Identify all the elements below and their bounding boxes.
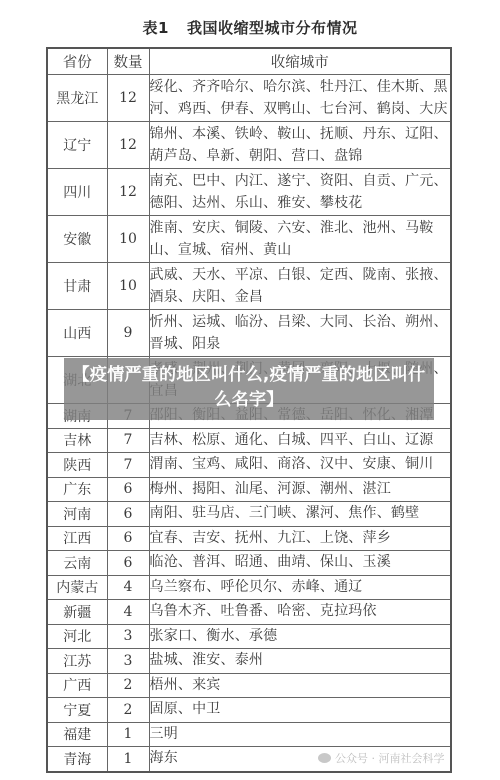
- count-cell: 12: [107, 122, 149, 169]
- caption-number: 表1: [143, 19, 169, 37]
- count-cell: 7: [107, 428, 149, 453]
- caption-title: 我国收缩型城市分布情况: [187, 19, 358, 37]
- table-row: 河北 3 张家口、衡水、承德: [47, 624, 451, 649]
- cities-cell: 忻州、运城、临汾、吕梁、大同、长治、朔州、晋城、阳泉: [149, 310, 451, 357]
- province-cell: 宁夏: [47, 698, 107, 723]
- table-row: 宁夏 2 固原、中卫: [47, 698, 451, 723]
- table-header-row: 省份 数量 收缩城市: [47, 48, 451, 75]
- cities-cell: 南阳、驻马店、三门峡、漯河、焦作、鹤壁: [149, 502, 451, 527]
- count-cell: 2: [107, 698, 149, 723]
- header-province: 省份: [47, 48, 107, 75]
- province-cell: 江苏: [47, 649, 107, 674]
- count-cell: 6: [107, 477, 149, 502]
- count-cell: 9: [107, 310, 149, 357]
- source-watermark: 公众号 · 河南社会科学: [318, 750, 445, 766]
- cities-cell: 渭南、宝鸡、咸阳、商洛、汉中、安康、铜川: [149, 453, 451, 478]
- count-cell: 10: [107, 216, 149, 263]
- province-cell: 吉林: [47, 428, 107, 453]
- table-row: 四川 12 南充、巴中、内江、遂宁、资阳、自贡、广元、德阳、达州、乐山、雅安、攀…: [47, 169, 451, 216]
- cities-cell: 吉林、松原、通化、白城、四平、白山、辽源: [149, 428, 451, 453]
- province-cell: 安徽: [47, 216, 107, 263]
- province-cell: 内蒙古: [47, 575, 107, 600]
- table-row: 内蒙古 4 乌兰察布、呼伦贝尔、赤峰、通辽: [47, 575, 451, 600]
- cities-cell: 固原、中卫: [149, 698, 451, 723]
- cities-cell: 乌鲁木齐、吐鲁番、哈密、克拉玛依: [149, 600, 451, 625]
- cities-cell: 绥化、齐齐哈尔、哈尔滨、牡丹江、佳木斯、黑河、鸡西、伊春、双鸭山、七台河、鹤岗、…: [149, 75, 451, 122]
- province-cell: 福建: [47, 722, 107, 747]
- province-cell: 江西: [47, 526, 107, 551]
- province-cell: 黑龙江: [47, 75, 107, 122]
- province-cell: 河北: [47, 624, 107, 649]
- header-cities: 收缩城市: [149, 48, 451, 75]
- cities-cell: 临沧、普洱、昭通、曲靖、保山、玉溪: [149, 551, 451, 576]
- province-cell: 河南: [47, 502, 107, 527]
- count-cell: 12: [107, 169, 149, 216]
- cities-cell: 梅州、揭阳、汕尾、河源、潮州、湛江: [149, 477, 451, 502]
- count-cell: 6: [107, 551, 149, 576]
- count-cell: 1: [107, 722, 149, 747]
- cities-cell: 张家口、衡水、承德: [149, 624, 451, 649]
- table-row: 黑龙江 12 绥化、齐齐哈尔、哈尔滨、牡丹江、佳木斯、黑河、鸡西、伊春、双鸭山、…: [47, 75, 451, 122]
- cities-cell: 锦州、本溪、铁岭、鞍山、抚顺、丹东、辽阳、葫芦岛、阜新、朝阳、营口、盘锦: [149, 122, 451, 169]
- count-cell: 6: [107, 526, 149, 551]
- province-cell: 四川: [47, 169, 107, 216]
- cities-cell: 淮南、安庆、铜陵、六安、淮北、池州、马鞍山、宣城、宿州、黄山: [149, 216, 451, 263]
- cities-cell: 梧州、来宾: [149, 673, 451, 698]
- table-row: 江西 6 宜春、吉安、抚州、九江、上饶、萍乡: [47, 526, 451, 551]
- province-cell: 广东: [47, 477, 107, 502]
- cities-cell: 南充、巴中、内江、遂宁、资阳、自贡、广元、德阳、达州、乐山、雅安、攀枝花: [149, 169, 451, 216]
- table-row: 陕西 7 渭南、宝鸡、咸阳、商洛、汉中、安康、铜川: [47, 453, 451, 478]
- table-row: 甘肃 10 武威、天水、平凉、白银、定西、陇南、张掖、酒泉、庆阳、金昌: [47, 263, 451, 310]
- cities-cell: 盐城、淮安、泰州: [149, 649, 451, 674]
- table-row: 新疆 4 乌鲁木齐、吐鲁番、哈密、克拉玛依: [47, 600, 451, 625]
- table-row: 福建 1 三明: [47, 722, 451, 747]
- province-cell: 陕西: [47, 453, 107, 478]
- count-cell: 3: [107, 649, 149, 674]
- table-caption: 表1我国收缩型城市分布情况: [0, 17, 500, 38]
- count-cell: 4: [107, 575, 149, 600]
- count-cell: 6: [107, 502, 149, 527]
- table-row: 河南 6 南阳、驻马店、三门峡、漯河、焦作、鹤壁: [47, 502, 451, 527]
- count-cell: 3: [107, 624, 149, 649]
- cities-cell: 武威、天水、平凉、白银、定西、陇南、张掖、酒泉、庆阳、金昌: [149, 263, 451, 310]
- count-cell: 10: [107, 263, 149, 310]
- province-cell: 广西: [47, 673, 107, 698]
- header-count: 数量: [107, 48, 149, 75]
- table-row: 辽宁 12 锦州、本溪、铁岭、鞍山、抚顺、丹东、辽阳、葫芦岛、阜新、朝阳、营口、…: [47, 122, 451, 169]
- count-cell: 12: [107, 75, 149, 122]
- province-cell: 青海: [47, 747, 107, 772]
- count-cell: 7: [107, 453, 149, 478]
- province-cell: 辽宁: [47, 122, 107, 169]
- table-row: 广西 2 梧州、来宾: [47, 673, 451, 698]
- table-row: 云南 6 临沧、普洱、昭通、曲靖、保山、玉溪: [47, 551, 451, 576]
- province-cell: 甘肃: [47, 263, 107, 310]
- count-cell: 4: [107, 600, 149, 625]
- cities-cell: 宜春、吉安、抚州、九江、上饶、萍乡: [149, 526, 451, 551]
- title-overlay-banner: 【疫情严重的地区叫什么,疫情严重的地区叫什么名字】: [64, 358, 434, 420]
- province-cell: 山西: [47, 310, 107, 357]
- cities-cell: 三明: [149, 722, 451, 747]
- count-cell: 2: [107, 673, 149, 698]
- cities-cell: 乌兰察布、呼伦贝尔、赤峰、通辽: [149, 575, 451, 600]
- province-cell: 云南: [47, 551, 107, 576]
- watermark-text: 公众号 · 河南社会科学: [335, 752, 445, 765]
- table-row: 广东 6 梅州、揭阳、汕尾、河源、潮州、湛江: [47, 477, 451, 502]
- table-row: 安徽 10 淮南、安庆、铜陵、六安、淮北、池州、马鞍山、宣城、宿州、黄山: [47, 216, 451, 263]
- table-row: 山西 9 忻州、运城、临汾、吕梁、大同、长治、朔州、晋城、阳泉: [47, 310, 451, 357]
- wechat-icon: [318, 753, 331, 763]
- count-cell: 1: [107, 747, 149, 772]
- table-row: 吉林 7 吉林、松原、通化、白城、四平、白山、辽源: [47, 428, 451, 453]
- province-cell: 新疆: [47, 600, 107, 625]
- table-row: 江苏 3 盐城、淮安、泰州: [47, 649, 451, 674]
